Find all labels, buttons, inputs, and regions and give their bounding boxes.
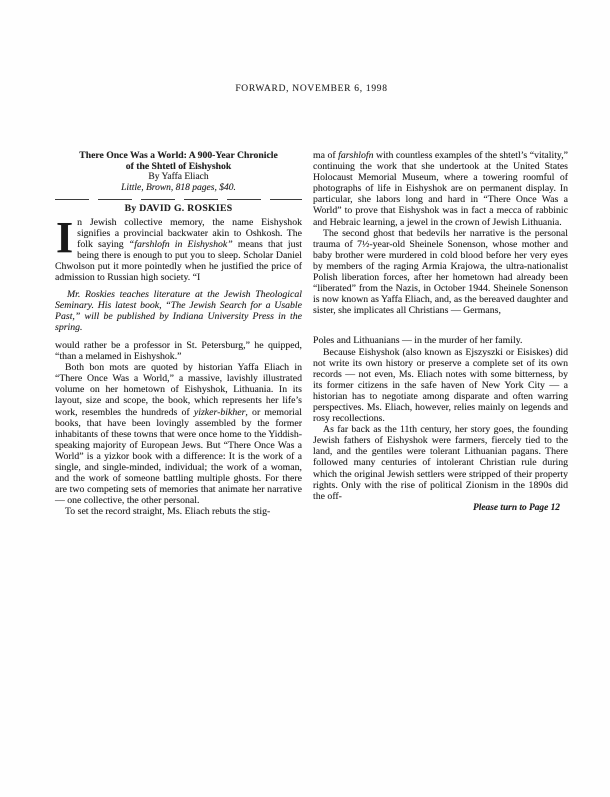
book-author: By Yaffa Eliach (55, 172, 302, 183)
article-paragraph-quip: would rather be a professor in St. Peter… (55, 340, 302, 362)
divider-rule (55, 199, 302, 200)
article-paragraph-second-ghost: The second ghost that bedevils her narra… (313, 228, 568, 317)
drop-cap: I (56, 220, 73, 255)
article-paragraph-stigma: ma of farshlofn with countless examples … (313, 150, 568, 228)
review-header-block: There Once Was a World: A 900-Year Chron… (55, 150, 302, 194)
article-paragraph-as-far-back: As far back as the 11th century, her sto… (313, 424, 568, 502)
article-paragraph-set-record: To set the record straight, Ms. Eliach r… (55, 506, 302, 517)
article-paragraph-opening: In Jewish collective memory, the name Ei… (55, 217, 302, 284)
article-paragraph-bon-mots: Both bon mots are quoted by historian Ya… (55, 362, 302, 506)
book-title-line1: There Once Was a World: A 900-Year Chron… (55, 150, 302, 161)
author-bio-note: Mr. Roskies teaches literature at the Je… (55, 289, 302, 333)
article-paragraph-because: Because Eishyshok (also known as Ejszysz… (313, 347, 568, 425)
jump-to-page-note: Please turn to Page 12 (313, 503, 560, 514)
article-paragraph-poles: Poles and Lithuanians — in the murder of… (313, 335, 568, 346)
book-title-line2: of the Shtetl of Eishyshok (55, 161, 302, 172)
article-body: There Once Was a World: A 900-Year Chron… (55, 150, 568, 517)
book-publisher: Little, Brown, 818 pages, $40. (55, 183, 302, 194)
reviewer-byline: By DAVID G. ROSKIES (55, 203, 302, 214)
right-column: ma of farshlofn with countless examples … (313, 150, 568, 517)
newspaper-page: FORWARD, NOVEMBER 6, 1998 There Once Was… (0, 0, 610, 797)
masthead-date: FORWARD, NOVEMBER 6, 1998 (55, 84, 568, 94)
left-column: There Once Was a World: A 900-Year Chron… (55, 150, 302, 517)
opening-paragraph-text: n Jewish collective memory, the name Eis… (55, 217, 302, 283)
